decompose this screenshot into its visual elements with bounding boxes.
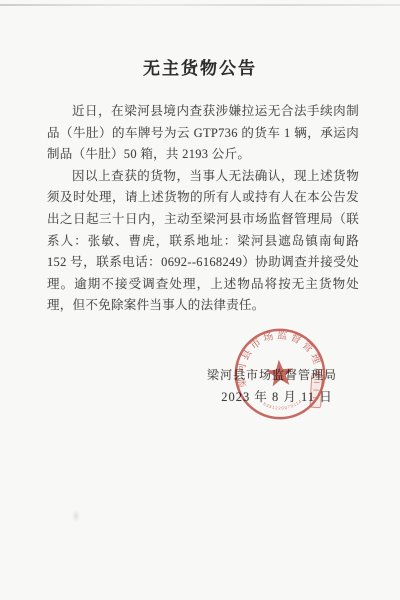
official-seal-stamp: 梁河县市场监督管理局 5331220070114 bbox=[228, 322, 332, 426]
scan-smudge bbox=[72, 510, 80, 522]
paragraph-claim-instructions: 因以上查获的货物，当事人无法确认，现上述货物须及时处理，请上述货物的所有人或持有… bbox=[47, 166, 359, 317]
document-title: 无主货物公告 bbox=[0, 54, 400, 79]
scanned-document-page: 无主货物公告 近日，在梁河县境内查获涉嫌拉运无合法手续肉制品（牛肚）的车牌号为云… bbox=[0, 0, 400, 600]
seal-serial-number: 5331220070114 bbox=[262, 398, 303, 412]
document-body: 近日，在梁河县境内查获涉嫌拉运无合法手续肉制品（牛肚）的车牌号为云 GTP736… bbox=[47, 101, 359, 317]
seal-vertical-mark bbox=[310, 374, 322, 407]
seal-star-icon bbox=[265, 358, 295, 386]
scan-artifact-line bbox=[0, 4, 400, 6]
svg-text:5331220070114: 5331220070114 bbox=[262, 398, 303, 412]
paragraph-seizure-description: 近日，在梁河县境内查获涉嫌拉运无合法手续肉制品（牛肚）的车牌号为云 GTP736… bbox=[47, 101, 359, 166]
